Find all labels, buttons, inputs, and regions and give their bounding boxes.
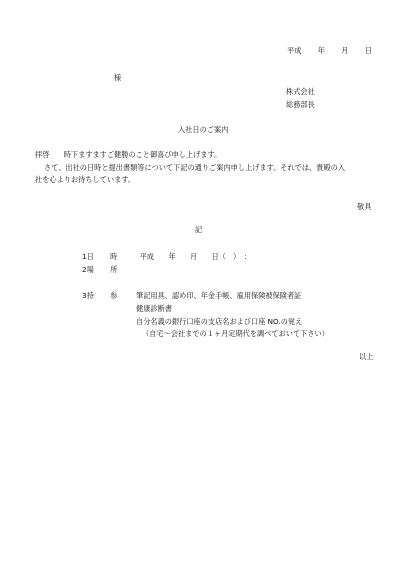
item-datetime: 1日 時 平成 年 月 日（ ） ： — [82, 253, 251, 260]
date-month: 月 — [341, 46, 348, 55]
date-era: 平成 — [287, 46, 301, 55]
date-day: 日 — [365, 46, 372, 55]
belongings-line-2: 健康診断書 — [136, 305, 172, 312]
item-label-a: 場 — [87, 265, 94, 274]
opening-greeting: 拝啓 — [35, 150, 49, 159]
item-label-b: 参 — [110, 291, 117, 300]
ki-heading: 記 — [195, 226, 202, 233]
closing-keigu: 敬具 — [357, 203, 371, 210]
body-line-1: 拝啓 時下ますますご健勝のこと御喜び申し上げます。 — [35, 151, 221, 158]
belongings-line-3: 自分名義の銀行口座の支店名および口座 NO.の覚え — [136, 318, 302, 325]
sender-company: 株式会社 — [286, 88, 315, 95]
document-title: 入社日のご案内 — [178, 126, 228, 133]
body-line-2: さて、出社の日時と提出書類等について下記の通りご案内申し上げます。それでは、貴殿… — [44, 164, 345, 171]
sender-title: 総務部長 — [286, 101, 315, 108]
item-label-a: 日 — [87, 252, 94, 261]
item-place: 2場 所 — [82, 266, 117, 273]
date-year: 年 — [318, 46, 325, 55]
item-label-b: 時 — [110, 252, 117, 261]
recipient-honorific: 様 — [114, 74, 121, 81]
belongings-line-4: （自宅～会社までの１ヶ月定期代を調べておいて下さい） — [142, 330, 329, 337]
body-line-3: 社を心よりお待ちしています。 — [35, 176, 135, 183]
seasonal-greeting: 時下ますますご健勝のこと御喜び申し上げます。 — [64, 150, 222, 159]
belongings-line-1: 筆記用具、認め印、年金手帳、雇用保険被保険者証 — [136, 292, 301, 299]
item-value: 平成 年 月 日（ ） ： — [140, 252, 251, 261]
item-label-b: 所 — [110, 265, 117, 274]
end-mark: 以上 — [359, 353, 373, 360]
item-belongings: 3持 参 — [82, 292, 117, 299]
item-label-a: 持 — [87, 291, 94, 300]
date-line: 平成 年 月 日 — [287, 47, 372, 54]
